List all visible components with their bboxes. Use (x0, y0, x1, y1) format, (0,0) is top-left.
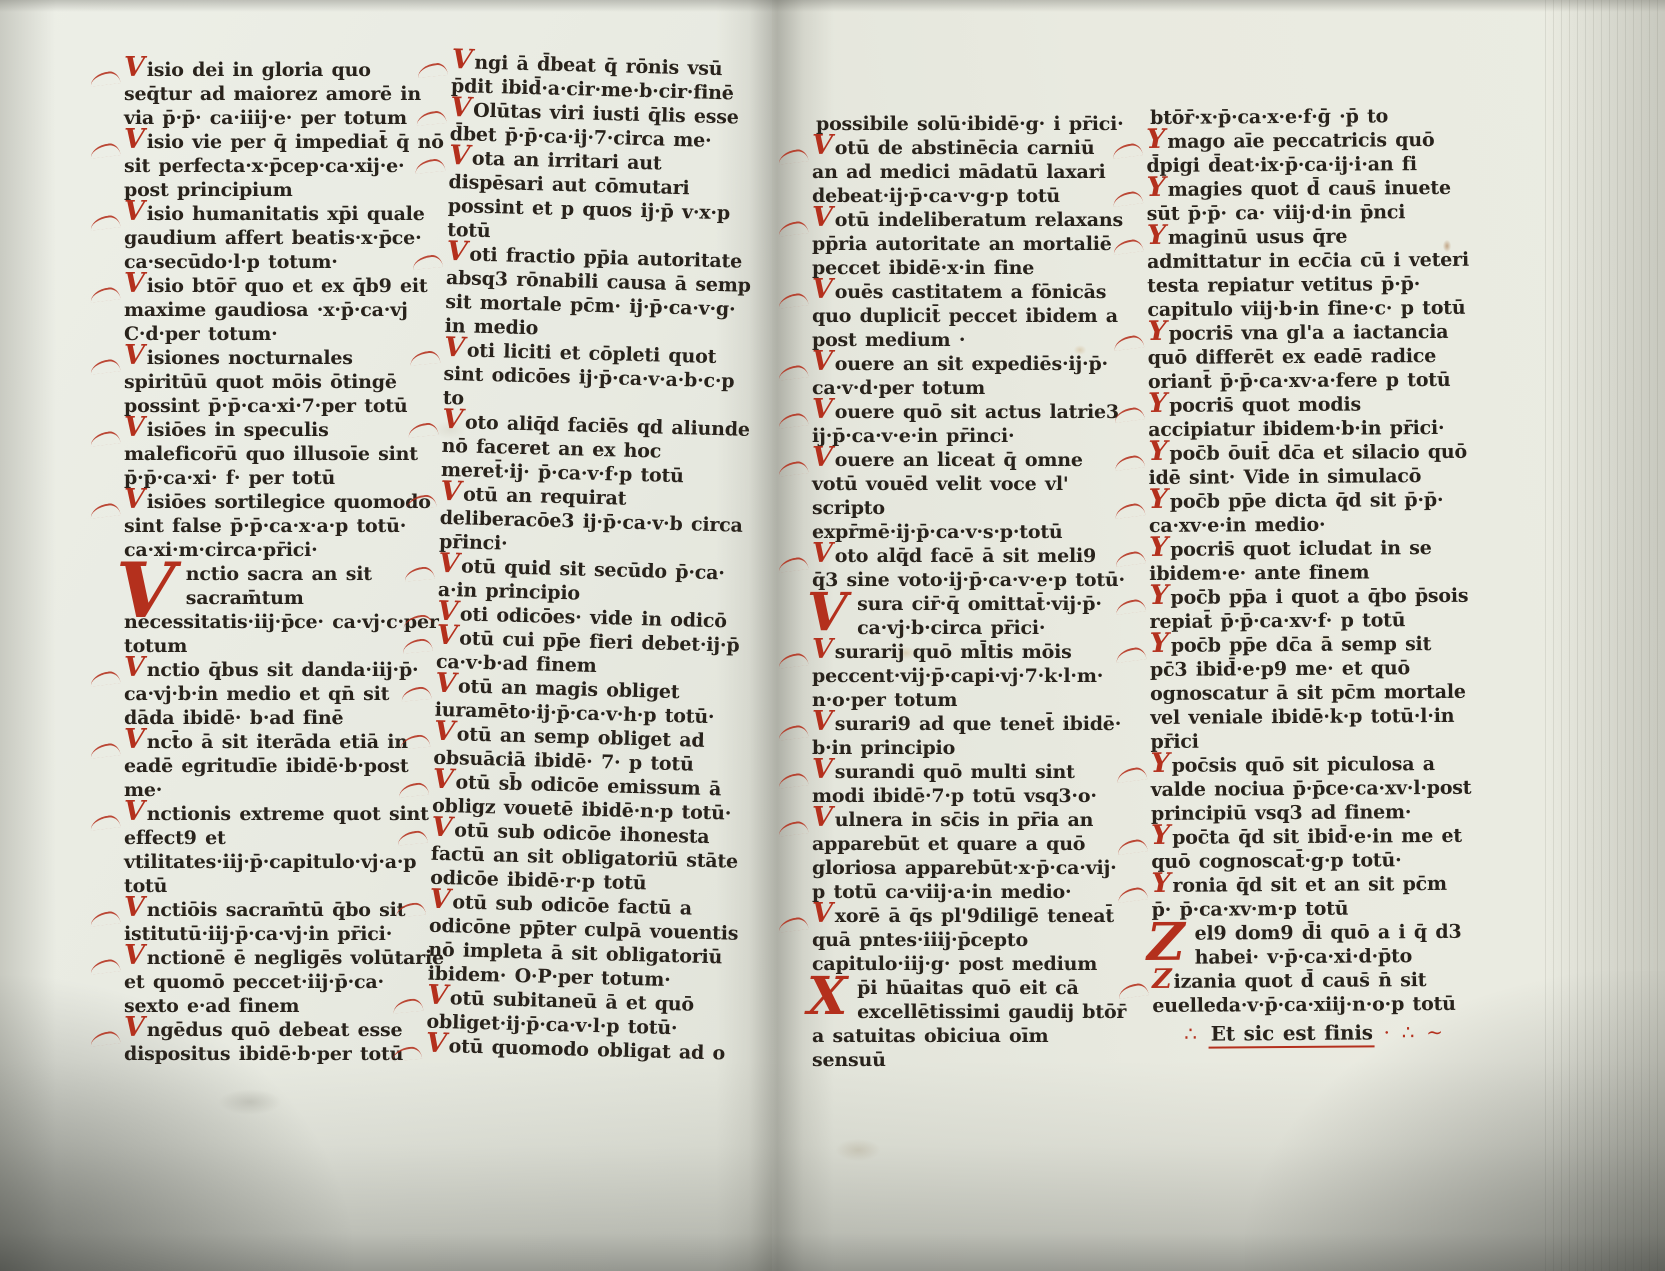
index-entry: Votū sub odicōe ihonesta factū an sit ob… (430, 818, 746, 898)
colophon-line: ∴ Et sic est finis · ∴ ~ (1152, 1020, 1474, 1046)
rubric-initial: V (452, 60, 473, 61)
entry-text: maginū usus q̄re admittatur in ecc̄ia cū… (1147, 226, 1469, 321)
red-flourish: ~ (1426, 1020, 1443, 1044)
book-photo: Visio dei in gloria quo seq̄tur ad maior… (0, 0, 1665, 1271)
entry-text: surarij quō ml̄tis mōis peccent·vij·p̄·c… (812, 641, 1103, 711)
rubric-initial: V (450, 108, 471, 109)
entry-text: ouere quō sit actus latrie3 ij·p̄·ca·v·e… (812, 401, 1119, 447)
index-entry: Ymago aīe peccatricis quō d̄pigi d̄eat·i… (1146, 128, 1468, 178)
index-entry: Vsura cir̄·q̄ omittat̄·vij·p̄· ca·vj·b·c… (812, 592, 1128, 640)
entry-text: nctionis extreme quot sint effect9 et vt… (124, 803, 429, 897)
index-entry: Votū an semp obliget ad obsuāciā ibidē· … (433, 722, 748, 778)
index-entry: Votū subitaneū ā et quō obliget·ij·p̄·ca… (426, 986, 741, 1042)
index-entry: Ypoc̄sis quō sit piculosa a valde nociua… (1151, 752, 1473, 826)
index-entry: Ypoc̄b pp̄e dicta q̄d sit p̄·p̄· ca·xv·e… (1149, 488, 1471, 538)
index-entry: Yronia q̄d sit et an sit pc̄m p̄· p̄·ca·… (1151, 872, 1473, 922)
rubric-initial: V (427, 996, 448, 997)
index-entry: Voti fractio pp̄ia autoritate absq3 rōna… (444, 242, 760, 346)
entry-text: poc̄b pp̄a i quot a q̄bo p̄sois repiat̄ … (1150, 585, 1469, 633)
index-entry: btōr̄·x·p̄·ca·x·e·f·ḡ ·p̄ to (1146, 104, 1468, 130)
index-entry: Voti liciti et cōpleti quot sint odicōes… (443, 338, 759, 418)
index-column-2: Vngi ā d̄beat q̄ rōnis vsū p̄dit ibid̄·a… (426, 50, 766, 1066)
index-entry: Votū an magis obliget iuramēto·ij·p̄·ca·… (434, 674, 749, 730)
index-entry: Vsurari9 ad que tenet̄ ibidē· b·in princ… (812, 712, 1128, 760)
index-entry: Vulnera in sc̄is in pr̄ia an apparebūt e… (812, 808, 1128, 904)
entry-text: otū indeliberatum relaxans pp̄ria autori… (812, 209, 1123, 279)
index-entry: Xp̄i hūaitas quō eit cā excellētissimi g… (812, 976, 1128, 1072)
index-entry: Ypoc̄ta q̄d sit ibid̄·e·in me et quō cog… (1151, 824, 1473, 874)
entry-text: izania quot d̄ caus̄ n̄ sit euelleda·v·p… (1152, 969, 1456, 1017)
entry-text: p̄i hūaitas quō eit cā excellētissimi ga… (812, 977, 1126, 1071)
entry-text: nct̄o ā sit iterāda etiā in eadē egritud… (124, 731, 408, 801)
entry-text: otū an magis obliget iuramēto·ij·p̄·ca·v… (434, 675, 714, 728)
entry-text: oti fractio pp̄ia autoritate absq3 rōnab… (444, 244, 751, 340)
entry-text: otū sub odicōe factū a odicōne pp̄ter cu… (428, 891, 739, 991)
rubric-initial: V (433, 780, 454, 781)
index-entry: Vngi ā d̄beat q̄ rōnis vsū p̄dit ibid̄·a… (451, 50, 766, 106)
rubric-initial: V (435, 684, 456, 685)
index-entry: Zel9 dom9 d̄i quō a i q̄ d3 habei· v·p̄·… (1152, 920, 1474, 970)
index-entry: Voto aliq̄d faciēs qd aliunde nō faceret… (441, 410, 757, 490)
entry-text: xorē ā q̄s pl'9diligē teneat̄ quā pntes·… (812, 905, 1114, 975)
index-entry: VOlūtas viri iusti q̄lis esse d̄bet p̄·p… (449, 98, 764, 154)
rubric-initial: V (449, 156, 470, 157)
triple-dot-ornament-left: ∴ (1184, 1022, 1200, 1046)
index-entry: Votū de abstinēcia carniū an ad medici m… (812, 136, 1128, 208)
index-entry: Vota an irritari aut dispēsari aut cōmut… (447, 146, 763, 250)
index-entry: Ymaginū usus q̄re admittatur in ecc̄ia c… (1147, 224, 1470, 322)
entry-text: ota an irritari aut dispēsari aut cōmuta… (447, 148, 730, 243)
rubric-initial: V (426, 1044, 447, 1045)
entry-text: ouere an sit expediēs·ij·p̄· ca·v·d·per … (812, 353, 1108, 399)
rubric-initial: V (439, 564, 460, 565)
rubric-initial: V (444, 348, 465, 349)
index-column-4: btōr̄·x·p̄·ca·x·e·f·ḡ ·p̄ toYmago aīe pe… (1146, 104, 1475, 1046)
entry-text: otū cui pp̄e fieri debet·ij·p̄ ca·v·b·ad… (436, 627, 740, 677)
entry-text: ngi ā d̄beat q̄ rōnis vsū p̄dit ibid̄·a·… (451, 52, 734, 105)
index-entry: Vnctiōis sacram̄tū q̄bo sit istitutū·iij… (124, 898, 444, 946)
rubric-initial: V (437, 612, 458, 613)
rubric-initial: V (434, 732, 455, 733)
finis-dot: · (1383, 1020, 1393, 1044)
entry-text: otū an requirat deliberacōe3 ij·p̄·ca·v·… (439, 483, 743, 554)
entry-text: sura cir̄·q̄ omittat̄·vij·p̄· ca·vj·b·ci… (857, 593, 1102, 639)
rubric-initial: V (116, 562, 184, 608)
index-entry: Votū quid sit secūdo p̄·ca· a·in princip… (438, 554, 753, 610)
entry-text: Olūtas viri iusti q̄lis esse d̄bet p̄·p̄… (450, 100, 739, 152)
entry-text: el9 dom9 d̄i quō a i q̄ d3 habei· v·p̄·c… (1194, 921, 1461, 969)
entry-text: mago aīe peccatricis quō d̄pigi d̄eat·ix… (1146, 129, 1434, 177)
index-entry: Vxorē ā q̄s pl'9diligē teneat̄ quā pntes… (812, 904, 1128, 976)
entry-text: nctiōis sacram̄tū q̄bo sit istitutū·iij·… (124, 899, 405, 945)
entry-text: isiōes in speculis maleficor̄ū quo illus… (124, 419, 418, 489)
entry-text: surandi quō multi sint modi ibidē·7·p to… (812, 761, 1097, 807)
rubric-initial: X (807, 976, 855, 1020)
index-entry: Ypocris̄ quot icludat in se ibidem·e· an… (1149, 536, 1471, 586)
index-entry: Ypoc̄b pp̄e dc̄a ā semp sit pc̄3 ibid̄·e… (1150, 632, 1473, 754)
index-entry: Votū sub odicōe factū a odicōne pp̄ter c… (427, 890, 743, 994)
entry-text: magies quot d̄ caus̄ inuete sūt p̄·p̄· c… (1147, 177, 1451, 225)
entry-text: otū subitaneū ā et quō obliget·ij·p̄·ca·… (426, 987, 694, 1039)
entry-text: otū sb̄ odicōe emissum ā obligz vouetē i… (432, 771, 732, 824)
index-entry: Visio btōr̄ quo et ex q̄b9 eit maxime ga… (124, 274, 444, 346)
index-entry: Vnctio q̄bus sit danda·iij·p̄· ca·vj·b·i… (124, 658, 444, 730)
index-entry: Visio humanitatis xp̄i quale gaudium aff… (124, 202, 444, 274)
rubric-initial: V (430, 900, 451, 901)
index-entry: Vouere an liceat q̄ omne votū vouēd veli… (812, 448, 1128, 544)
index-entries: btōr̄·x·p̄·ca·x·e·f·ḡ ·p̄ toYmago aīe pe… (1146, 104, 1474, 1018)
rubric-initial: V (440, 492, 461, 493)
entry-text: ulnera in sc̄is in pr̄ia an apparebūt et… (812, 809, 1117, 903)
entry-text: isio humanitatis xp̄i quale gaudium affe… (124, 203, 425, 273)
entry-text: pocris̄ vna gl'a a iactancia quō differē… (1148, 321, 1451, 393)
index-entry: possibile solū·ibidē·g· i pr̄ici· (812, 112, 1128, 136)
entry-text: pocris̄ quot modis accipiatur ibidem·b·i… (1148, 394, 1444, 441)
entry-text: ngēdus quō debeat esse dispositus ibidē·… (124, 1019, 403, 1065)
entry-text: nctio q̄bus sit danda·iij·p̄· ca·vj·b·in… (124, 659, 418, 729)
entry-text: isiones nocturnales spiritūū quot mōis ō… (124, 347, 408, 417)
entry-text: ouere an liceat q̄ omne votū vouēd velit… (812, 449, 1083, 543)
index-entry: Visio dei in gloria quo seq̄tur ad maior… (124, 58, 444, 130)
index-entry: Ypocris̄ vna gl'a a iactancia quō differ… (1148, 320, 1470, 394)
index-entry: Votū sb̄ odicōe emissum ā obligz vouetē … (432, 770, 747, 826)
entry-text: btōr̄·x·p̄·ca·x·e·f·ḡ ·p̄ to (1150, 105, 1388, 129)
entry-text: ouēs castitatem a fōnicās quo duplicit̄ … (812, 281, 1118, 351)
rubric-initial: V (432, 828, 453, 829)
index-entry: Vnctio sacra an sit sacram̄tum necessita… (124, 562, 444, 658)
entry-text: poc̄sis quō sit piculosa a valde nociua … (1151, 753, 1472, 825)
triple-dot-ornament-right: ∴ (1402, 1020, 1418, 1044)
index-entry: Vouere quō sit actus latrie3 ij·p̄·ca·v·… (812, 400, 1128, 448)
rubric-initial: V (442, 420, 463, 421)
index-entry: Vouēs castitatem a fōnicās quo duplicit̄… (812, 280, 1128, 352)
index-column-3: possibile solū·ibidē·g· i pr̄ici·Votū de… (812, 112, 1128, 1072)
entry-text: otū de abstinēcia carniū an ad medici mā… (812, 137, 1105, 207)
entry-text: poc̄b pp̄e dc̄a ā semp sit pc̄3 ibid̄·e·… (1150, 633, 1466, 753)
entry-text: pocris̄ quot icludat in se ibidem·e· ant… (1149, 537, 1432, 585)
index-entry: Vsurarij quō ml̄tis mōis peccent·vij·p̄·… (812, 640, 1128, 712)
entry-text: poc̄b ōuit̄ dc̄a et silacio quō idē sint… (1149, 441, 1468, 489)
entry-text: poc̄b pp̄e dicta q̄d sit p̄·p̄· ca·xv·e·… (1149, 489, 1444, 537)
entry-text: isio btōr̄ quo et ex q̄b9 eit maxime gau… (124, 275, 428, 345)
entry-text: poc̄ta q̄d sit ibid̄·e·in me et quō cogn… (1151, 825, 1462, 873)
index-entry: Zizania quot d̄ caus̄ n̄ sit euelleda·v·… (1152, 968, 1474, 1018)
entry-text: otū sub odicōe ihonesta factū an sit obl… (430, 819, 738, 894)
index-entry: Ypoc̄b pp̄a i quot a q̄bo p̄sois repiat̄… (1149, 584, 1471, 634)
index-entry: Ymagies quot d̄ caus̄ inuete sūt p̄·p̄· … (1147, 176, 1469, 226)
entry-text: isio dei in gloria quo seq̄tur ad maiore… (124, 59, 421, 129)
entry-text: oti liciti et cōpleti quot sint odicōes … (443, 339, 735, 409)
entry-text: isio vie per q̄ impediat̄ q̄ nō sit perf… (124, 131, 444, 201)
index-entry: Vsurandi quō multi sint modi ibidē·7·p t… (812, 760, 1128, 808)
index-entry: Visiones nocturnales spiritūū quot mōis … (124, 346, 444, 418)
entry-text: oto aliq̄d faciēs qd aliunde nō faceret … (441, 411, 750, 487)
index-entry: Ypocris̄ quot modis accipiatur ibidem·b·… (1148, 392, 1470, 442)
index-entry: Votū an requirat deliberacōe3 ij·p̄·ca·v… (439, 482, 755, 562)
index-entry: Votū cui pp̄e fieri debet·ij·p̄ ca·v·b·a… (436, 626, 751, 682)
rubric-initial: V (807, 592, 855, 636)
rubric-initial: V (447, 252, 468, 253)
index-entry: Vnctionis extreme quot sint effect9 et v… (124, 802, 444, 898)
entry-text: otū quid sit secūdo p̄·ca· a·in principi… (438, 555, 725, 604)
index-entry: Vnct̄o ā sit iterāda etiā in eadē egritu… (124, 730, 444, 802)
entry-text: oto alq̄d facē ā sit meli9 q̄3 sine voto… (812, 545, 1125, 591)
index-entry: Visiōes in speculis maleficor̄ū quo illu… (124, 418, 444, 490)
rubric-initial: Z (1147, 922, 1193, 966)
rubric-initial: V (437, 636, 458, 637)
entry-text: ronia q̄d sit et an sit pc̄m p̄· p̄·ca·x… (1152, 873, 1447, 921)
finis-text: Et sic est finis (1209, 1020, 1375, 1048)
entry-text: possibile solū·ibidē·g· i pr̄ici· (816, 113, 1124, 135)
index-entry: Ypoc̄b ōuit̄ dc̄a et silacio quō idē sin… (1148, 440, 1470, 490)
index-entry: Votū indeliberatum relaxans pp̄ria autor… (812, 208, 1128, 280)
index-entry: Visio vie per q̄ impediat̄ q̄ nō sit per… (124, 130, 444, 202)
index-entry: Vouere an sit expediēs·ij·p̄· ca·v·d·per… (812, 352, 1128, 400)
entry-text: otū an semp obliget ad obsuāciā ibidē· 7… (433, 723, 705, 775)
index-entry: Voto alq̄d facē ā sit meli9 q̄3 sine vot… (812, 544, 1128, 592)
entry-text: surari9 ad que tenet̄ ibidē· b·in princi… (812, 713, 1121, 759)
